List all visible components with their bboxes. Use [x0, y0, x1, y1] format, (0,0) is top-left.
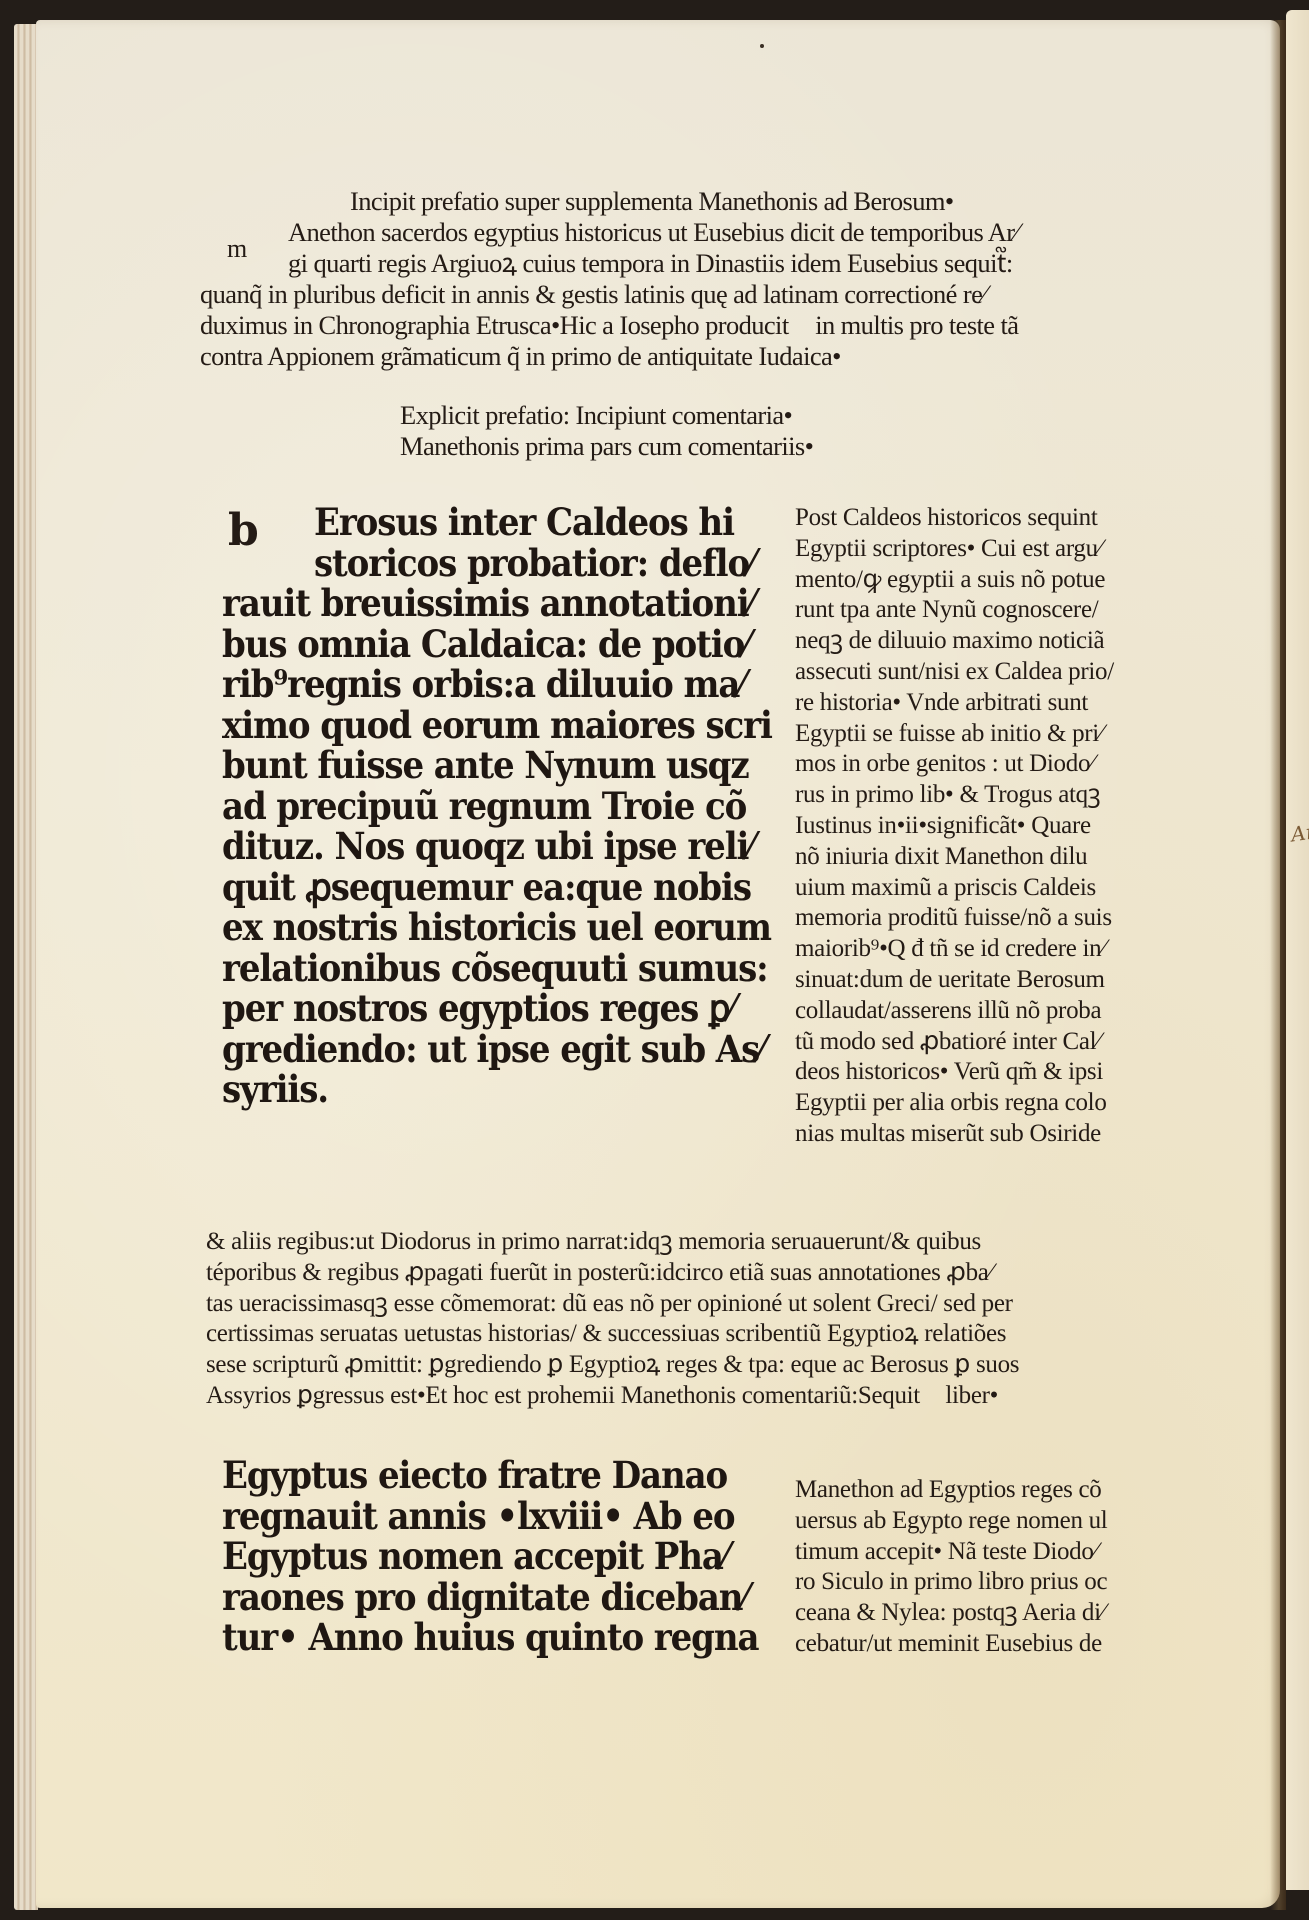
commentary-line: Manethon ad Egyptios reges cõ	[795, 1475, 1175, 1506]
explicit-line: Explicit prefatio: Incipiunt comentaria•	[400, 400, 813, 431]
handwritten-margin-note: Arn	[1290, 818, 1309, 847]
commentary-line: re historia• Vnde arbitrati sunt	[795, 688, 1175, 719]
ink-speck	[760, 44, 764, 48]
main-text-line: dituz. Nos quoqz ubi ipse reli⁄	[222, 826, 737, 867]
main-text-line: storicos probatior: deflo⁄	[222, 543, 737, 584]
commentary-line: & aliis regibus:ut Diodorus in primo nar…	[206, 1227, 1176, 1258]
commentary-line: Post Caldeos historicos sequint᷑	[795, 503, 1175, 534]
preface-line: Anethon sacerdos egyptius historicus ut …	[200, 217, 1180, 248]
commentary-line: maiorib⁹•Q đ tñ se id credere in⁄	[795, 934, 1175, 965]
main-text-line: syriis.	[222, 1069, 737, 1110]
part-title: Manethonis prima pars cum comentariis•	[400, 431, 813, 462]
main-text-line: ximo quod eorum maiores scri	[222, 705, 737, 746]
commentary-line: tũ modo sed ꝓbatioré inter Cal⁄	[795, 1027, 1175, 1058]
main-text-line: ad precipuũ regnum Troie cõ	[222, 786, 737, 827]
main-text-line: Egyptus eiecto fratre Danao	[222, 1455, 737, 1496]
main-text-line: raones pro dignitate diceban⁄	[222, 1577, 737, 1618]
commentary-line: ro Siculo in primo libro prius oc	[795, 1567, 1175, 1598]
commentary-line: memoria proditũ fuisse/nõ a suis	[795, 903, 1175, 934]
main-text-line: bunt fuisse ante Nynum usqz	[222, 745, 737, 786]
lower-commentary-column: Manethon ad Egyptios reges cõ uersus ab …	[795, 1475, 1175, 1660]
commentary-line: mos in orbe genitos : ut Diodo⁄	[795, 749, 1175, 780]
main-text-line: bus omnia Caldaica: de potio⁄	[222, 624, 737, 665]
main-text-line: Egyptus nomen accepit Pha⁄	[222, 1536, 737, 1577]
lower-text-column: Egyptus eiecto fratre Danao regnauit ann…	[222, 1455, 737, 1658]
gutter-shadow	[1270, 20, 1286, 1910]
preface-title: Incipit prefatio super supplementa Manet…	[200, 186, 1180, 217]
commentary-line: Egyptii se fuisse ab initio & pri⁄	[795, 719, 1175, 750]
commentary-line: sese scripturũ ꝓmittit: ꝑgrediendo ꝑ Egy…	[206, 1350, 1176, 1381]
main-text-line: ex nostris historicis uel eorum	[222, 907, 737, 948]
main-text-line: per nostros egyptios reges ꝑ⁄	[222, 988, 737, 1029]
preface-line: contra Appionem grãmaticum q̃ in primo d…	[200, 341, 1180, 372]
main-text-line: grediendo: ut ipse egit sub As⁄	[222, 1029, 737, 1070]
facing-page-edge	[1286, 10, 1309, 1890]
preface-block: Incipit prefatio super supplementa Manet…	[200, 186, 1180, 372]
commentary-line: neqꝫ de diluuio maximo noticiã	[795, 626, 1175, 657]
main-text-line: rauit breuissimis annotationi⁄	[222, 583, 737, 624]
commentary-line: ceana & Nylea: postqꝫ Aeria di⁄	[795, 1598, 1175, 1629]
preface-line: gi quarti regis Argiuoꝝ cuius tempora in…	[200, 248, 1180, 279]
commentary-line: collaudat/asserens illũ nõ proba	[795, 996, 1175, 1027]
commentary-line: uium maximũ a priscis Caldeis	[795, 873, 1175, 904]
left-page-edges	[14, 24, 38, 1910]
commentary-line: rus in primo lib• & Trogus atqꝫ	[795, 780, 1175, 811]
commentary-line: runt tpa ante Nynũ cognoscere/	[795, 595, 1175, 626]
explicit-block: Explicit prefatio: Incipiunt comentaria•…	[400, 400, 813, 462]
commentary-line: Egyptii per alia orbis regna colo	[795, 1088, 1175, 1119]
commentary-line: assecuti sunt/nisi ex Caldea prio/	[795, 657, 1175, 688]
preface-line: quanq̃ in pluribus deficit in annis & ge…	[200, 279, 1180, 310]
main-text-line: Erosus inter Caldeos hi	[222, 502, 737, 543]
commentary-line: cebatur/ut meminit Eusebius de	[795, 1629, 1175, 1660]
commentary-line: timum accepit• Nã teste Diodo⁄	[795, 1537, 1175, 1568]
commentary-column: Post Caldeos historicos sequint᷑ Egyptii…	[795, 503, 1175, 1150]
main-text-line: tur• Anno huius quinto regna	[222, 1617, 737, 1658]
commentary-line: Egyptii scriptores• Cui est argu⁄	[795, 534, 1175, 565]
commentary-line: certissimas seruatas uetustas historias/…	[206, 1319, 1176, 1350]
full-width-commentary: & aliis regibus:ut Diodorus in primo nar…	[206, 1227, 1176, 1412]
main-text-column: Erosus inter Caldeos hi storicos probati…	[222, 502, 737, 1110]
main-text-line: quit ꝓsequemur ea:que nobis	[222, 867, 737, 908]
commentary-line: Assyrios ꝑgressus est•Et hoc est prohemi…	[206, 1381, 1176, 1412]
commentary-line: mento/ꝙ egyptii a suis nõ potue	[795, 565, 1175, 596]
main-text-line: relationibus cõsequuti sumus:	[222, 948, 737, 989]
preface-line: duximus in Chronographia Etrusca•Hic a I…	[200, 310, 1180, 341]
book-scan: Arn m Incipit prefatio super supplementa…	[0, 0, 1309, 1920]
commentary-line: nias multas miserũt sub Osiride	[795, 1119, 1175, 1150]
commentary-line: Iustinus in•ii•significãt• Quare	[795, 811, 1175, 842]
commentary-line: tas ueracissimasqꝫ esse cõmemorat: dũ ea…	[206, 1289, 1176, 1320]
main-text-line: rib⁹regnis orbis:a diluuio ma⁄	[222, 664, 737, 705]
commentary-line: sinuat:dum de ueritate Berosum	[795, 965, 1175, 996]
commentary-line: nõ iniuria dixit Manethon dilu	[795, 842, 1175, 873]
commentary-line: téporibus & regibus ꝓpagati fuerũt in po…	[206, 1258, 1176, 1289]
commentary-line: uersus ab Egypto rege nomen ul	[795, 1506, 1175, 1537]
commentary-line: deos historicos• Verũ qm̃ & ipsi	[795, 1057, 1175, 1088]
main-text-line: regnauit annis •lxviii• Ab eo	[222, 1496, 737, 1537]
